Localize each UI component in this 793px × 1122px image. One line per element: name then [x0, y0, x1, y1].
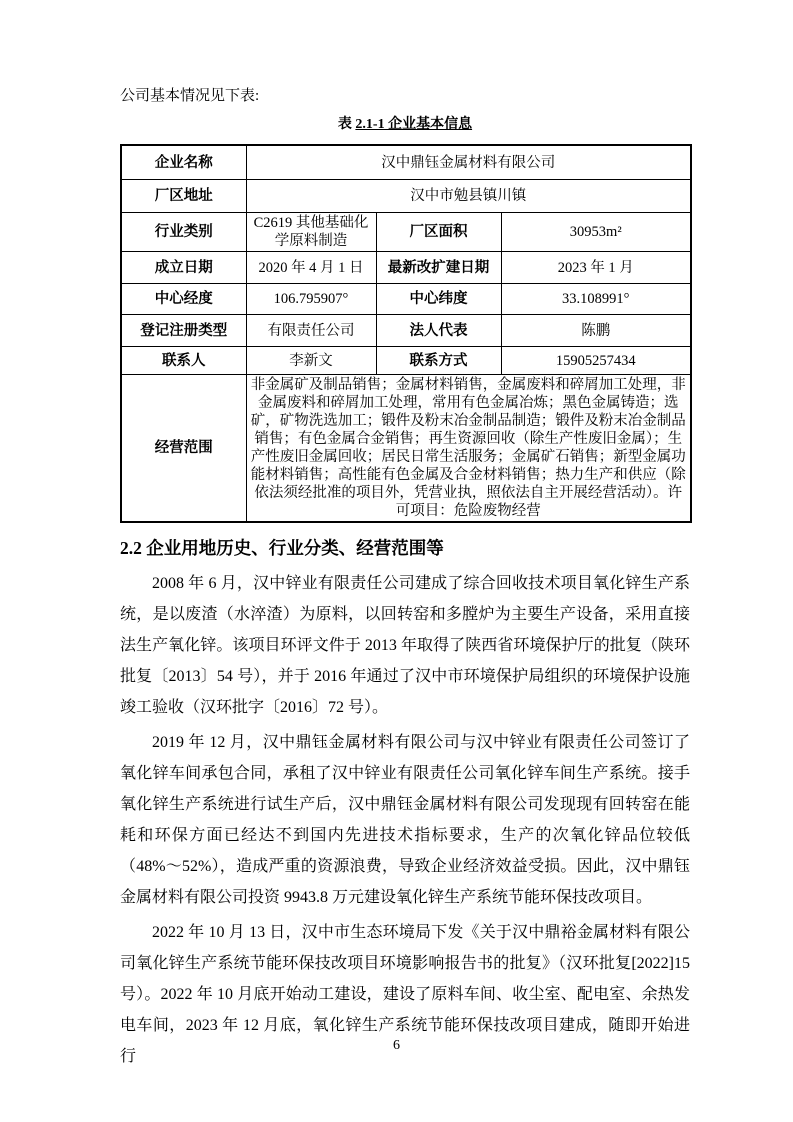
row-value: 李新文 [246, 347, 376, 375]
row-label: 联系方式 [376, 347, 501, 375]
table-row: 中心经度 106.795907° 中心纬度 33.108991° [121, 284, 691, 315]
row-label: 法人代表 [376, 315, 501, 347]
paragraph: 2019 年 12 月，汉中鼎钰金属材料有限公司与汉中锌业有限责任公司签订了氧化… [120, 727, 690, 913]
row-label: 厂区地址 [121, 180, 246, 213]
section-heading: 2.2 企业用地历史、行业分类、经营范围等 [120, 536, 690, 560]
row-value: 汉中市勉县镇川镇 [246, 180, 691, 213]
row-label: 成立日期 [121, 252, 246, 284]
row-label: 行业类别 [121, 213, 246, 252]
company-info-table: 企业名称 汉中鼎钰金属材料有限公司 厂区地址 汉中市勉县镇川镇 行业类别 C26… [120, 144, 692, 523]
table-row: 企业名称 汉中鼎钰金属材料有限公司 [121, 145, 691, 180]
row-label: 经营范围 [121, 375, 246, 523]
table-caption-number: 2.1-1 企业基本信息 [355, 117, 472, 132]
row-value: 30953m² [501, 213, 691, 252]
row-label: 厂区面积 [376, 213, 501, 252]
body-paragraphs: 2008 年 6 月，汉中锌业有限责任公司建成了综合回收技术项目氧化锌生产系统，… [120, 568, 690, 1072]
table-caption-prefix: 表 [338, 117, 356, 132]
row-label: 最新改扩建日期 [376, 252, 501, 284]
row-value: 106.795907° [246, 284, 376, 315]
intro-text: 公司基本情况见下表: [120, 86, 690, 106]
row-value: 33.108991° [501, 284, 691, 315]
row-value: C2619 其他基础化学原料制造 [246, 213, 376, 252]
row-value: 陈鹏 [501, 315, 691, 347]
page-content: 公司基本情况见下表: 表 2.1-1 企业基本信息 企业名称 汉中鼎钰金属材料有… [120, 86, 690, 1072]
table-row-business-scope: 经营范围 非金属矿及制品销售；金属材料销售，金属废料和碎屑加工处理，非金属废料和… [121, 375, 691, 523]
table-row: 联系人 李新文 联系方式 15905257434 [121, 347, 691, 375]
row-value: 2023 年 1 月 [501, 252, 691, 284]
business-scope-text: 非金属矿及制品销售；金属材料销售，金属废料和碎屑加工处理，非金属废料和碎屑加工处… [246, 375, 691, 523]
page-number: 6 [0, 1038, 793, 1054]
row-value: 汉中鼎钰金属材料有限公司 [246, 145, 691, 180]
table-row: 行业类别 C2619 其他基础化学原料制造 厂区面积 30953m² [121, 213, 691, 252]
row-label: 中心经度 [121, 284, 246, 315]
table-caption: 表 2.1-1 企业基本信息 [120, 115, 690, 135]
row-label: 登记注册类型 [121, 315, 246, 347]
row-value: 2020 年 4 月 1 日 [246, 252, 376, 284]
row-label: 联系人 [121, 347, 246, 375]
table-row: 登记注册类型 有限责任公司 法人代表 陈鹏 [121, 315, 691, 347]
row-label: 中心纬度 [376, 284, 501, 315]
row-value: 15905257434 [501, 347, 691, 375]
paragraph: 2008 年 6 月，汉中锌业有限责任公司建成了综合回收技术项目氧化锌生产系统，… [120, 568, 690, 723]
table-row: 成立日期 2020 年 4 月 1 日 最新改扩建日期 2023 年 1 月 [121, 252, 691, 284]
row-value: 有限责任公司 [246, 315, 376, 347]
table-row: 厂区地址 汉中市勉县镇川镇 [121, 180, 691, 213]
row-label: 企业名称 [121, 145, 246, 180]
